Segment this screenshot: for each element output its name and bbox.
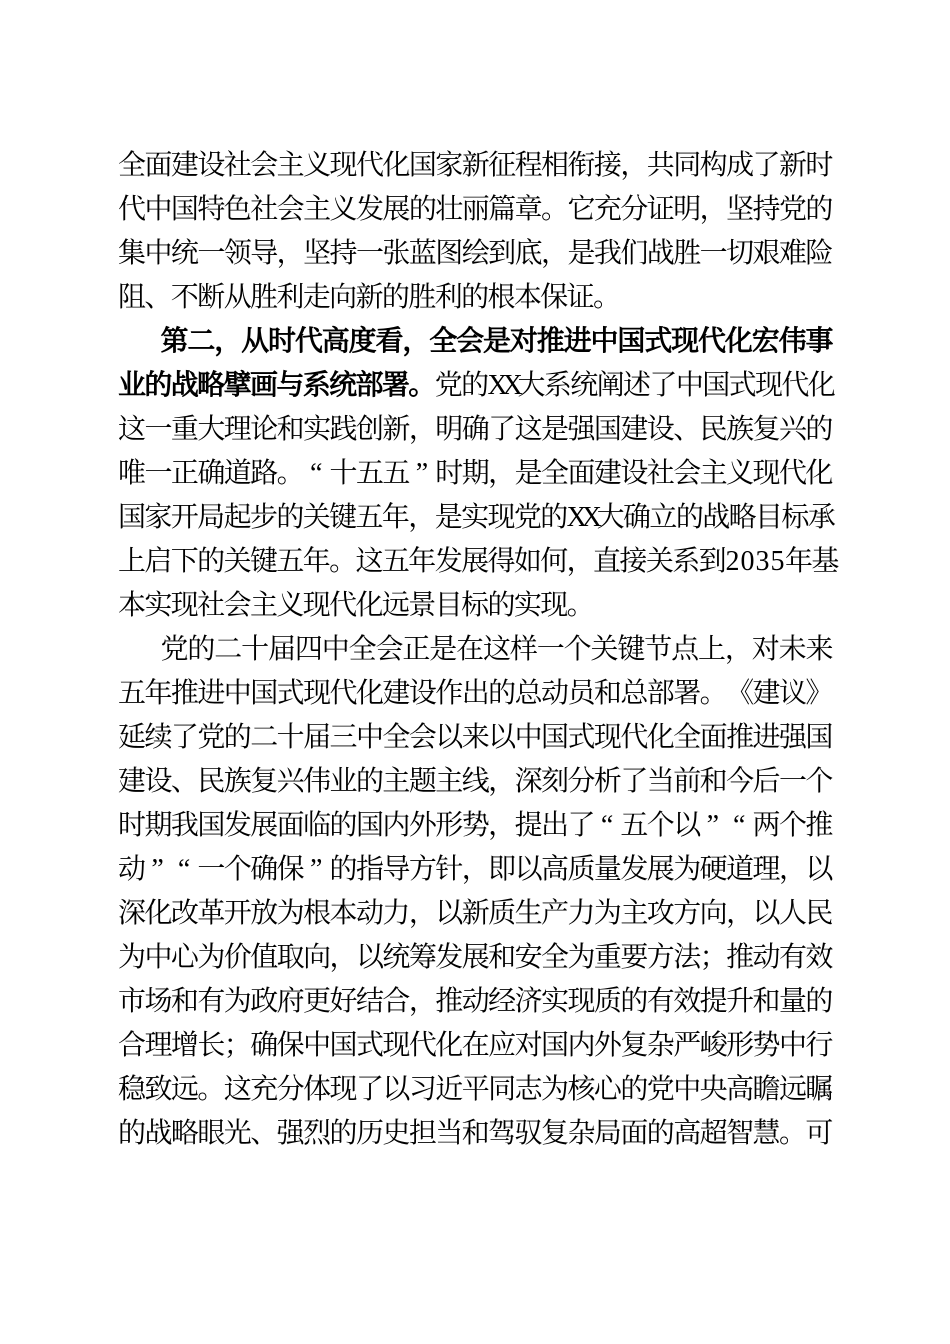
glyph: 的 [540,496,566,540]
glyph: 延 [118,716,144,760]
glyph: 的 [330,1112,356,1156]
glyph: 长 [197,1024,223,1068]
glyph: 的 [409,188,435,232]
glyph: 代 [118,188,144,232]
glyph: 有 [647,980,673,1024]
glyph: 设 [197,144,223,188]
glyph: 设 [409,672,435,716]
glyph: 起 [224,496,250,540]
glyph: 的 [382,276,408,320]
glyph: 胜 [250,276,276,320]
glyph: 论 [250,408,276,452]
glyph: 会 [375,628,401,672]
glyph: 的 [224,716,250,760]
glyph: ， [409,892,435,936]
glyph: 衔 [567,144,593,188]
glyph: 五 [356,452,382,496]
glyph: ， [488,760,514,804]
glyph: 是 [515,452,541,496]
glyph: 以 [753,892,779,936]
glyph: 的 [487,584,513,628]
glyph: 国 [409,144,435,188]
glyph: 面 [620,1112,646,1156]
glyph: 国 [356,804,382,848]
glyph: 胜 [408,276,434,320]
glyph: 根 [303,892,329,936]
glyph: 阻 [118,276,144,320]
glyph: 中 [673,1068,699,1112]
glyph: 国 [541,716,567,760]
text-line: 集中统一领导，坚持一张蓝图绘到底，是我们战胜一切艰难险 [118,232,832,276]
glyph: 来 [805,628,831,672]
glyph: 章 [515,188,541,232]
glyph: 述 [623,364,649,408]
glyph: 道 [726,848,752,892]
glyph: 员 [567,672,593,716]
glyph: 国 [250,672,276,716]
glyph: 远 [382,584,408,628]
text-line: 建设、民族复兴伟业的主题主线，深刻分析了当前和今后一个 [118,760,832,804]
glyph: 唯 [118,452,144,496]
glyph: 社 [224,144,250,188]
glyph: 》 [805,672,831,716]
glyph: 推 [726,936,752,980]
glyph: 的 [276,496,302,540]
glyph: 面 [277,804,303,848]
glyph: 外 [594,1024,620,1068]
glyph: 下 [171,540,197,584]
glyph: 以 [488,716,514,760]
glyph: 现 [671,320,697,364]
glyph: 会 [673,452,699,496]
glyph: 略 [171,1112,197,1156]
glyph: 高 [673,1112,699,1156]
glyph: 为 [118,936,144,980]
glyph: 主 [303,188,329,232]
glyph: 国 [541,1024,567,1068]
glyph: 。 [541,188,567,232]
glyph: 当 [435,1112,461,1156]
glyph: 代 [330,672,356,716]
glyph: 持 [753,188,779,232]
glyph: 导 [382,848,408,892]
glyph: 总 [515,672,541,716]
glyph: 体 [303,1068,329,1112]
glyph: 二 [187,320,213,364]
glyph: 全 [541,452,567,496]
glyph: 个 [779,804,805,848]
glyph: 眼 [197,1112,223,1156]
glyph: 中 [144,936,170,980]
glyph: 心 [171,936,197,980]
paragraph: 党的二十届四中全会正是在这样一个关键节点上，对未来五年推进中国式现代化建设作出的… [118,628,832,1156]
glyph: 战 [647,232,673,276]
glyph: 中 [144,232,170,276]
glyph: 度 [349,320,375,364]
glyph: 取 [277,936,303,980]
glyph: 效 [805,936,831,980]
glyph: 略 [729,496,755,540]
glyph: 践 [330,408,356,452]
glyph: 们 [620,232,646,276]
glyph: 一 [356,232,382,276]
glyph: 核 [567,1068,593,1112]
glyph: 局 [594,1112,620,1156]
glyph: 十 [277,716,303,760]
glyph: 蓝 [409,232,435,276]
glyph: 为 [541,1068,567,1112]
glyph: 和 [277,408,303,452]
glyph: 以 [435,716,461,760]
glyph: ， [409,408,435,452]
glyph: 要 [620,936,646,980]
glyph: 正 [402,628,428,672]
glyph: 以 [356,936,382,980]
glyph: 年 [303,540,329,584]
glyph: 时 [268,320,294,364]
glyph: 确 [250,1024,276,1068]
glyph: 承 [808,496,834,540]
glyph: 硬 [700,848,726,892]
glyph: 现 [171,584,197,628]
glyph: 直 [593,540,619,584]
glyph: 五 [356,496,382,540]
glyph: 开 [171,496,197,540]
glyph: 一 [197,232,223,276]
glyph: X [582,496,597,540]
glyph: 主 [277,144,303,188]
glyph: 十 [241,628,267,672]
glyph: 统 [329,364,355,408]
glyph: 产 [541,892,567,936]
glyph: 民 [197,760,223,804]
glyph: 指 [356,848,382,892]
glyph: 推 [805,804,831,848]
glyph: 0 [740,540,755,584]
glyph: “ [726,804,752,848]
glyph: 府 [277,980,303,1024]
glyph: 族 [224,760,250,804]
glyph: 建 [594,452,620,496]
glyph: 的 [197,540,223,584]
glyph: 全 [673,716,699,760]
glyph: ， [541,232,567,276]
glyph: 实 [303,408,329,452]
glyph: 会 [409,716,435,760]
text-line: 为中心为价值取向，以统筹发展和安全为重要方法；推动有效 [118,936,832,980]
paragraph: 第二，从时代高度看，全会是对推进中国式现代化宏伟事业的战略擘画与系统部署。党的X… [118,320,832,628]
glyph: 杂 [647,1024,673,1068]
glyph: 提 [700,980,726,1024]
glyph: 对 [515,1024,541,1068]
glyph: 样 [510,628,536,672]
glyph: 史 [382,1112,408,1156]
glyph: 济 [515,980,541,1024]
glyph: 杂 [567,1112,593,1156]
glyph: 两 [753,804,779,848]
first-line-indent [118,342,160,343]
glyph: 现 [753,452,779,496]
glyph: 道 [224,452,250,496]
glyph: 强 [779,716,805,760]
glyph: 质 [488,892,514,936]
glyph: 《 [726,672,752,716]
glyph: 保 [540,276,566,320]
glyph: 现 [540,584,566,628]
glyph: 峻 [700,1024,726,1068]
glyph: 得 [487,540,513,584]
glyph: 业 [330,760,356,804]
glyph: 开 [224,892,250,936]
glyph: 心 [594,1068,620,1112]
glyph: 阐 [597,364,623,408]
glyph: 二 [214,628,240,672]
glyph: 量 [594,848,620,892]
glyph: 系 [672,540,698,584]
glyph: 新 [382,408,408,452]
glyph: 向 [303,936,329,980]
glyph: 难 [779,232,805,276]
glyph: 党 [779,188,805,232]
glyph: 中 [590,320,616,364]
glyph: 义 [330,188,356,232]
glyph: ， [620,144,646,188]
glyph: 场 [144,980,170,1024]
glyph: 国 [197,804,223,848]
glyph: 险 [805,232,831,276]
glyph: 历 [356,1112,382,1156]
glyph: 法 [673,936,699,980]
glyph: 驭 [515,1112,541,1156]
glyph: 。 [593,276,619,320]
glyph: 统 [570,364,596,408]
glyph: 展 [250,804,276,848]
glyph: 断 [197,276,223,320]
glyph: 艰 [753,232,779,276]
glyph: 建 [753,672,779,716]
glyph: 同 [673,144,699,188]
glyph: 关 [303,496,329,540]
glyph: 发 [620,848,646,892]
text-line: 本实现社会主义现代化远景目标的实现。 [118,584,832,628]
glyph: 远 [171,1068,197,1112]
glyph: 是 [435,496,461,540]
glyph: 社 [250,188,276,232]
glyph: 五 [118,672,144,716]
glyph: 接 [594,144,620,188]
glyph: 为 [567,936,593,980]
glyph: 建 [118,760,144,804]
glyph: 一 [144,408,170,452]
glyph: 进 [753,716,779,760]
glyph: 标 [781,496,807,540]
glyph: 何 [540,540,566,584]
glyph: 社 [647,452,673,496]
text-line: 的战略眼光、强烈的历史担当和驾驭复杂局面的高超智慧。可 [118,1112,832,1156]
glyph: 证 [647,188,673,232]
glyph: 二 [250,716,276,760]
glyph: 方 [673,892,699,936]
glyph: 路 [250,452,276,496]
glyph: 利 [435,276,461,320]
glyph: 今 [726,760,752,804]
glyph: 年 [144,672,170,716]
glyph: 个 [805,760,831,804]
glyph: 坚 [726,188,752,232]
glyph: 是 [429,628,455,672]
glyph: 了 [356,1068,382,1112]
glyph: 对 [752,628,778,672]
glyph: 创 [356,408,382,452]
glyph: 出 [541,804,567,848]
glyph: 篇 [488,188,514,232]
glyph: 的 [620,980,646,1024]
glyph: 第 [160,320,186,364]
glyph: 这 [356,540,382,584]
glyph: 对 [510,320,536,364]
glyph: 内 [382,804,408,848]
glyph: 底 [515,232,541,276]
glyph: 动 [356,892,382,936]
glyph: 充 [594,188,620,232]
glyph: 根 [487,276,513,320]
glyph: 央 [700,1068,726,1112]
glyph: ” [409,452,435,496]
text-line: 唯一正确道路。“十五五”时期，是全面建设社会主义现代化 [118,452,832,496]
glyph: 主 [700,452,726,496]
glyph: 远 [779,1068,805,1112]
glyph: 中 [224,672,250,716]
glyph: 期 [144,804,170,848]
glyph: 形 [726,1024,752,1068]
glyph: 切 [726,232,752,276]
glyph: 好 [330,980,356,1024]
glyph: 到 [488,232,514,276]
glyph: 张 [382,232,408,276]
first-line-indent [118,650,160,651]
glyph: 上 [698,628,724,672]
glyph: 面 [144,144,170,188]
glyph: 式 [356,1024,382,1068]
glyph: 标 [461,584,487,628]
glyph: 键 [329,496,355,540]
glyph: 全 [429,320,455,364]
glyph: 值 [250,936,276,980]
glyph: 的 [187,628,213,672]
glyph: 的 [118,1112,144,1156]
glyph: 。 [408,364,434,408]
glyph: 为 [197,936,223,980]
glyph: 有 [197,980,223,1024]
glyph: 式 [644,320,670,364]
glyph: 共 [647,144,673,188]
glyph: 党 [160,628,186,672]
glyph: 明 [673,188,699,232]
glyph: 高 [541,848,567,892]
glyph: 势 [462,804,488,848]
glyph: 合 [118,1024,144,1068]
glyph: 从 [224,276,250,320]
glyph: 中 [322,628,348,672]
glyph: 上 [118,540,144,584]
glyph: 的 [805,188,831,232]
glyph: 本 [514,276,540,320]
glyph: 。 [700,672,726,716]
glyph: 推 [171,672,197,716]
glyph: 力 [567,892,593,936]
glyph: 新 [462,892,488,936]
glyph: 宏 [752,320,778,364]
glyph: 新 [779,144,805,188]
glyph: 局 [197,496,223,540]
glyph: 国 [330,1024,356,1068]
glyph: 的 [805,980,831,1024]
glyph: 和 [753,980,779,1024]
glyph: 五 [276,540,302,584]
text-line: 深化改革开放为根本动力，以新质生产力为主攻方向，以人民 [118,892,832,936]
glyph: 形 [435,804,461,848]
text-line: 延续了党的二十届三中全会以来以中国式现代化全面推进强国 [118,716,832,760]
glyph: 。 [277,452,303,496]
glyph: 临 [303,804,329,848]
glyph: 中 [303,1024,329,1068]
glyph: 化 [647,716,673,760]
glyph: 改 [171,892,197,936]
glyph: ， [700,188,726,232]
glyph: 新 [462,144,488,188]
glyph: 代 [356,144,382,188]
glyph: ” [144,848,170,892]
glyph: 证 [567,276,593,320]
glyph: 现 [382,1024,408,1068]
glyph: 、 [171,760,197,804]
glyph: 家 [144,496,170,540]
glyph: 强 [567,408,593,452]
glyph: 署 [382,364,408,408]
glyph: 总 [620,672,646,716]
glyph: 一 [197,848,223,892]
glyph: 壮 [435,188,461,232]
glyph: 大 [517,364,543,408]
glyph: 增 [171,1024,197,1068]
text-line: 业的战略擘画与系统部署。党的XX大系统阐述了中国式现代化 [118,364,832,408]
glyph: 从 [241,320,267,364]
text-line: 市场和有为政府更好结合，推动经济实现质的有效提升和量的 [118,980,832,1024]
glyph: ， [214,320,240,364]
glyph: 步 [250,496,276,540]
glyph: 本 [330,892,356,936]
glyph: 平 [462,1068,488,1112]
glyph: 刻 [541,760,567,804]
glyph: 建 [620,408,646,452]
glyph: 主 [382,760,408,804]
glyph: 的 [805,408,831,452]
glyph: 高 [322,320,348,364]
glyph: 国 [171,188,197,232]
glyph: 与 [276,364,302,408]
glyph: 全 [349,628,375,672]
glyph: ， [330,936,356,980]
text-line: 合理增长；确保中国式现代化在应对国内外复杂严峻形势中行 [118,1024,832,1068]
glyph: 、 [673,408,699,452]
glyph: 一 [779,760,805,804]
glyph: 化 [382,144,408,188]
glyph: 关 [590,628,616,672]
glyph: 推 [537,320,563,364]
glyph: 部 [647,672,673,716]
glyph: 烈 [303,1112,329,1156]
glyph: 线 [462,760,488,804]
